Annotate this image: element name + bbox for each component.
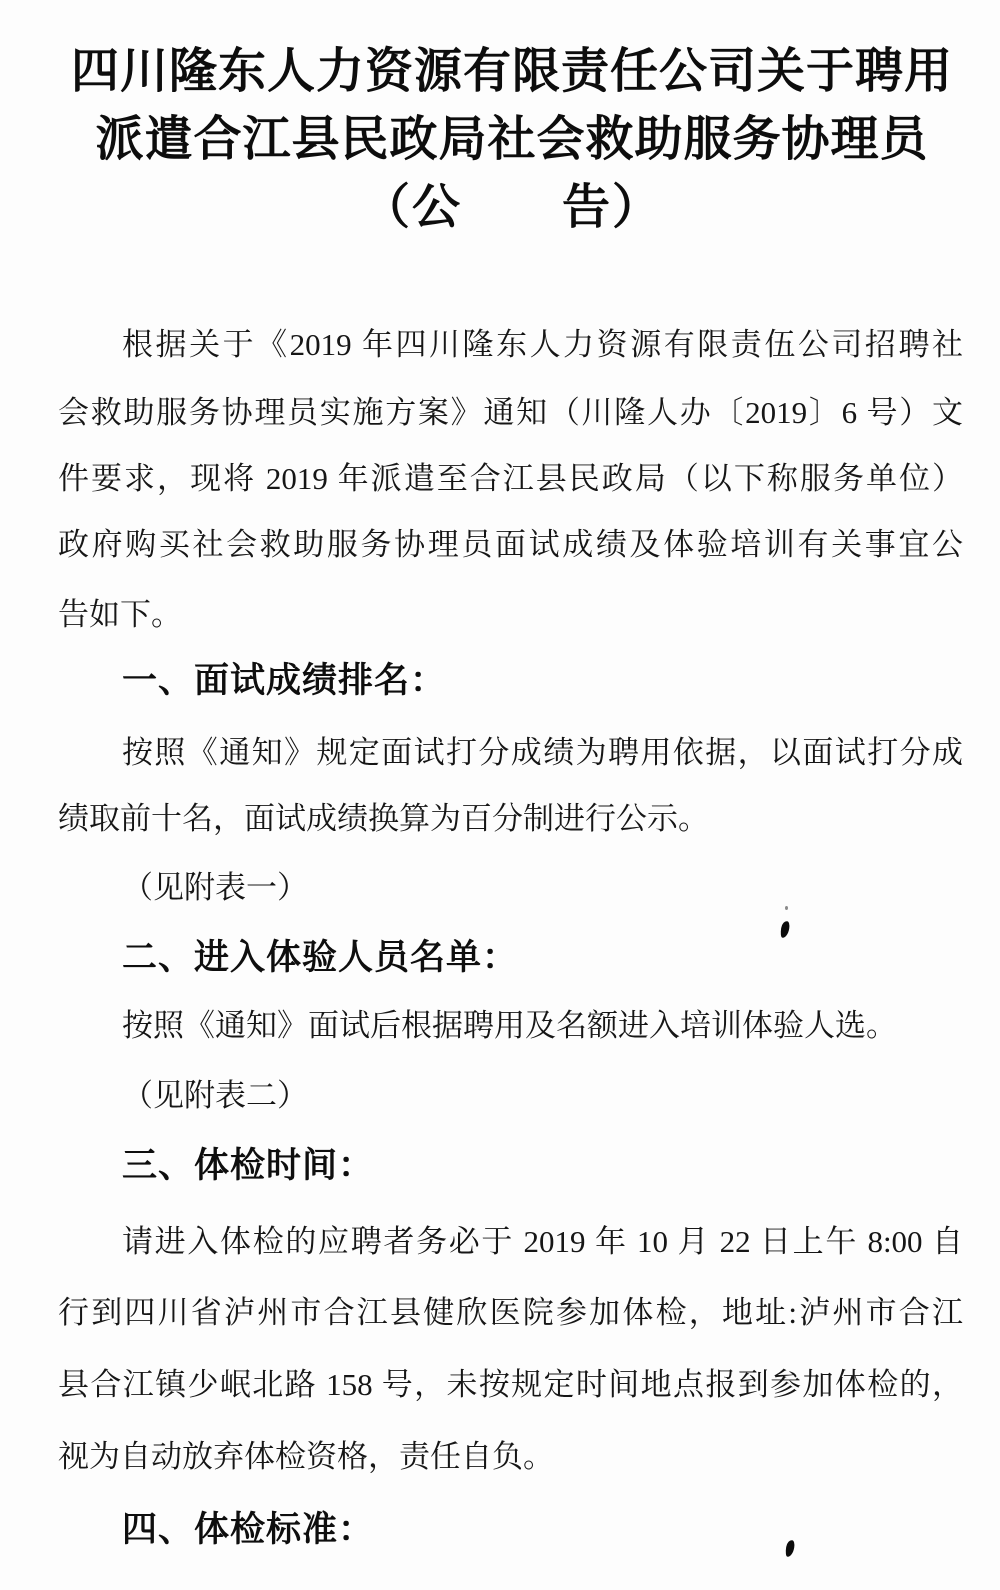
document-title-line-2: 派遣合江县民政局社会救助服务协理员 [24,112,1000,168]
document-title-line-3: （公 告） [24,180,1000,236]
see-attachment-1-note: （见附表一） [58,868,963,908]
paragraph-2-line-2: 绩取前十名，面试成绩换算为百分制进行公示。 [58,799,963,839]
document-title-line-1: 四川隆东人力资源有限责任公司关于聘用 [24,44,1000,100]
paragraph-1-line-2: 会救助服务协理员实施方案》通知（川隆人办〔2019〕6 号）文 [58,393,963,433]
section-heading-3: 三、体检时间： [58,1146,963,1186]
section-heading-2: 二、进入体验人员名单： [58,938,963,978]
paragraph-4-line-2: 行到四川省泸州市合江县健欣医院参加体检，地址:泸州市合江 [58,1293,963,1333]
paragraph-1-line-4: 政府购买社会救助服务协理员面试成绩及体验培训有关事宜公 [58,525,963,565]
paragraph-3-line-1: 按照《通知》面试后根据聘用及名额进入培训体验人选。 [58,1006,963,1046]
paragraph-1-line-5: 告如下。 [58,595,963,635]
paragraph-4-line-4: 视为自动放弃体检资格，责任自负。 [58,1437,963,1477]
paragraph-4-line-1: 请进入体检的应聘者务必于 2019 年 10 月 22 日上午 8:00 自 [58,1222,963,1262]
section-heading-4: 四、体检标准： [58,1510,963,1550]
see-attachment-2-note: （见附表二） [58,1076,963,1116]
ink-speck [780,920,791,938]
paragraph-1-line-1: 根据关于《2019 年四川隆东人力资源有限责伍公司招聘社 [58,325,963,365]
paragraph-4-line-3: 县合江镇少岷北路 158 号，未按规定时间地点报到参加体检的， [58,1365,963,1405]
paragraph-1-line-3: 件要求，现将 2019 年派遣至合江县民政局（以下称服务单位） [58,459,963,499]
scanned-announcement-page: 四川隆东人力资源有限责任公司关于聘用 派遣合江县民政局社会救助服务协理员 （公 … [0,0,1000,1590]
paragraph-2-line-1: 按照《通知》规定面试打分成绩为聘用依据，以面试打分成 [58,733,963,773]
section-heading-1: 一、面试成绩排名： [58,661,963,701]
ink-dot [785,906,788,910]
